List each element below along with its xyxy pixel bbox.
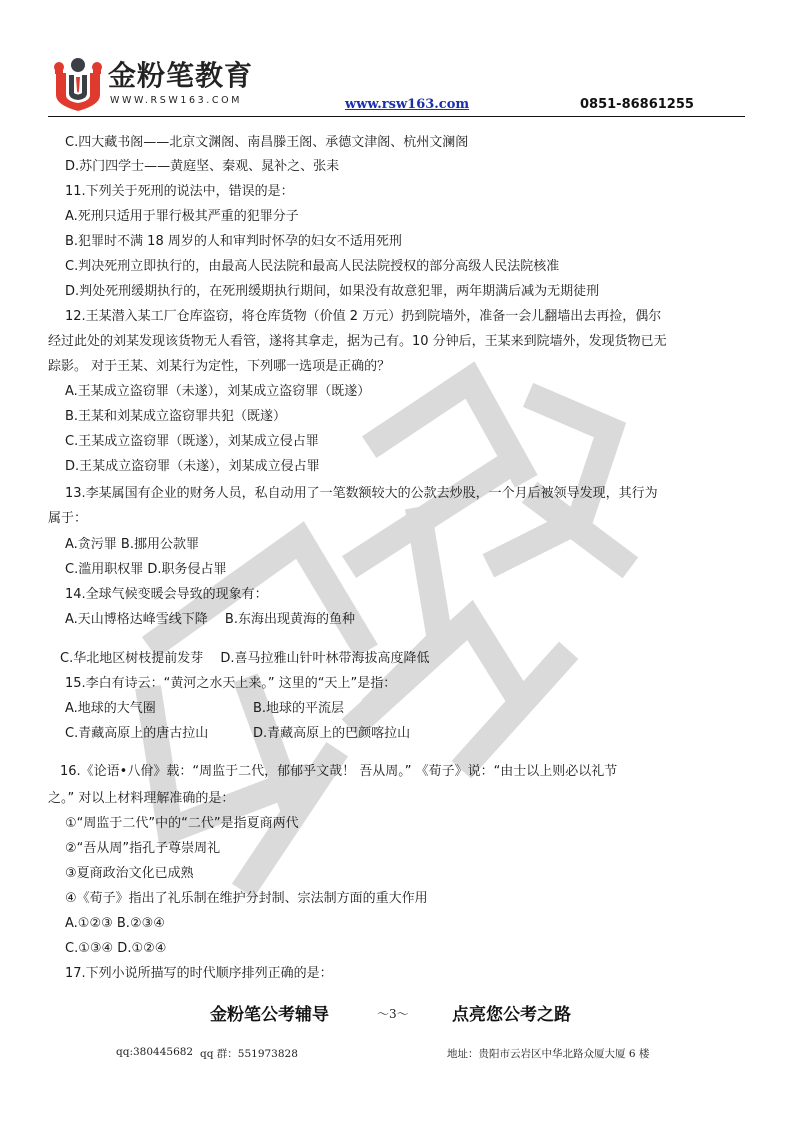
option-line: C.华北地区树枝提前发芽 D.喜马拉雅山针叶林带海拔高度降低 — [60, 650, 430, 668]
option-line: C.滥用职权罪 D.职务侵占罪 — [65, 561, 227, 579]
question-14: 14.全球气候变暖会导致的现象有： — [65, 586, 268, 604]
question-12-cont: 经过此处的刘某发现该货物无人看管，遂将其拿走，据为己有。10 分钟后，王某来到院… — [48, 333, 667, 351]
option-line: C.青藏高原上的唐古拉山 — [65, 725, 208, 743]
statement-line: ②“吾从周”指孔子尊崇周礼 — [65, 840, 220, 858]
question-13: 13.李某属国有企业的财务人员，私自动用了一笔数额较大的公款去炒股，一个月后被领… — [65, 485, 658, 503]
footer-slogan-left: 金粉笔公考辅导 — [210, 1000, 329, 1025]
brand-logo-icon — [50, 55, 106, 111]
brand-url: WWW.RSW163.COM — [110, 95, 242, 106]
question-12: 12.王某潜入某工厂仓库盗窃，将仓库货物（价值 2 万元）扔到院墙外，准备一会儿… — [65, 308, 661, 326]
option-line: D.王某成立盗窃罪（未遂），刘某成立侵占罪 — [65, 458, 320, 476]
footer-qq-group: qq 群：551973828 — [200, 1046, 298, 1061]
website-link[interactable]: www.rsw163.com — [345, 97, 469, 112]
footer-address: 地址：贵阳市云岩区中华北路众厦大厦 6 楼 — [447, 1046, 649, 1061]
statement-line: ③夏商政治文化已成熟 — [65, 865, 194, 883]
header-divider — [48, 116, 745, 117]
text-line: D.苏门四学士——黄庭坚、秦观、晁补之、张耒 — [65, 158, 339, 176]
option-line: A.死刑只适用于罪行极其严重的犯罪分子 — [65, 208, 299, 226]
option-line: D.青藏高原上的巴颜喀拉山 — [253, 725, 410, 743]
option-line: A.王某成立盗窃罪（未遂），刘某成立盗窃罪（既遂） — [65, 383, 370, 401]
question-16-cont: 之。” 对以上材料理解准确的是： — [48, 790, 234, 808]
question-15: 15.李白有诗云：“黄河之水天上来。” 这里的“天上”是指： — [65, 675, 396, 693]
phone-number: 0851-86861255 — [580, 97, 694, 112]
question-11: 11.下列关于死刑的说法中，错误的是： — [65, 183, 294, 201]
option-line: B.王某和刘某成立盗窃罪共犯（既遂） — [65, 408, 286, 426]
page-header: 金粉笔教育 WWW.RSW163.COM www.rsw163.com 0851… — [0, 0, 793, 120]
question-16: 16.《论语•八佾》载：“周监于二代，郁郁乎文哉！ 吾从周。” 《荀子》说：“由… — [60, 763, 617, 781]
question-17: 17.下列小说所描写的时代顺序排列正确的是： — [65, 965, 333, 983]
option-line: C.判决死刑立即执行的，由最高人民法院和最高人民法院授权的部分高级人民法院核准 — [65, 258, 559, 276]
option-line: A.贪污罪 B.挪用公款罪 — [65, 536, 199, 554]
statement-line: ①“周监于二代”中的“二代”是指夏商两代 — [65, 815, 299, 833]
statement-line: ④《荀子》指出了礼乐制在维护分封制、宗法制方面的重大作用 — [65, 890, 428, 908]
footer-slogan-right: 点亮您公考之路 — [452, 1000, 571, 1025]
option-line: B.地球的平流层 — [253, 700, 344, 718]
question-13-cont: 属于： — [48, 510, 87, 528]
option-line: C.王某成立盗窃罪（既遂），刘某成立侵占罪 — [65, 433, 319, 451]
option-line: A.①②③ B.②③④ — [65, 915, 165, 933]
option-line: A.地球的大气圈 — [65, 700, 156, 718]
option-line: C.①③④ D.①②④ — [65, 940, 166, 958]
brand-name: 金粉笔教育 — [108, 60, 253, 92]
footer-qq: qq:380445682 — [116, 1046, 193, 1058]
question-12-cont: 踪影。 对于王某、刘某行为定性，下列哪一选项是正确的？ — [48, 358, 390, 376]
option-line: A.天山博格达峰雪线下降 B.东海出现黄海的鱼种 — [65, 611, 355, 629]
option-line: D.判处死刑缓期执行的，在死刑缓期执行期间，如果没有故意犯罪，两年期满后减为无期… — [65, 283, 599, 301]
text-line: C.四大藏书阁——北京文渊阁、南昌滕王阁、承德文津阁、杭州文澜阁 — [65, 134, 468, 152]
option-line: B.犯罪时不满 18 周岁的人和审判时怀孕的妇女不适用死刑 — [65, 233, 402, 251]
page-number: ～3～ — [377, 1005, 409, 1022]
